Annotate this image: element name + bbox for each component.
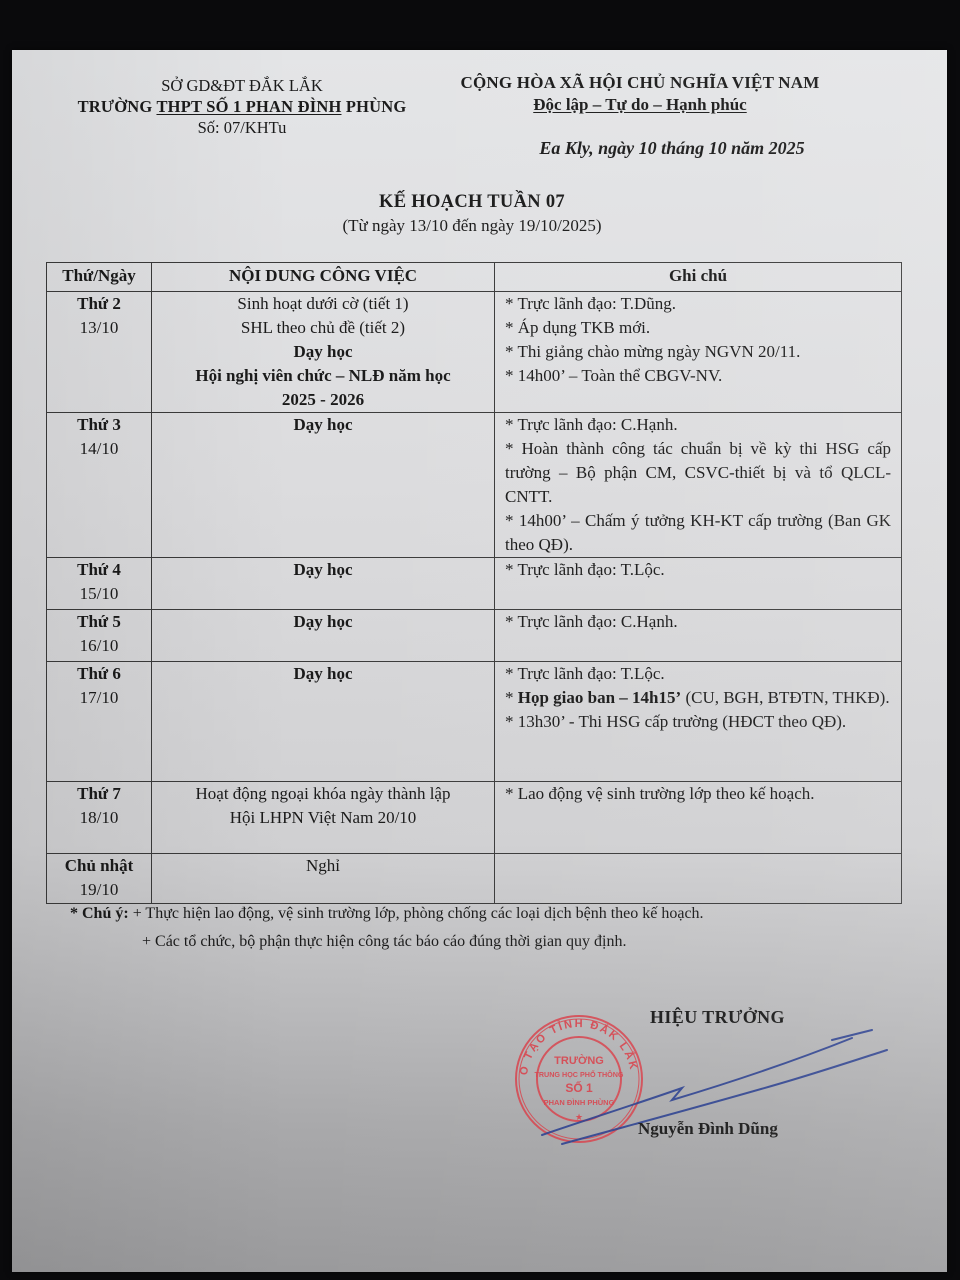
day-date: 15/10 — [49, 582, 149, 606]
content-line: Dạy học — [160, 610, 486, 634]
notes-cell: * Trực lãnh đạo: T.Lộc.* Họp giao ban – … — [495, 662, 902, 782]
content-cell: Dạy học — [152, 662, 495, 782]
day-date: 16/10 — [49, 634, 149, 658]
content-cell: Nghỉ — [152, 854, 495, 904]
footnote-line-2: + Các tổ chức, bộ phận thực hiện công tá… — [70, 930, 870, 954]
content-line: Dạy học — [160, 558, 486, 582]
document-number: Số: 07/KHTu — [52, 117, 432, 138]
footnote-line-1: + Thực hiện lao động, vệ sinh trường lớp… — [129, 905, 704, 922]
notes-cell: * Trực lãnh đạo: T.Dũng.* Áp dụng TKB mớ… — [495, 292, 902, 413]
note-line: * 14h00’ – Toàn thể CBGV-NV. — [505, 364, 891, 388]
school-name: TRƯỜNG THPT SỐ 1 PHAN ĐÌNH PHÙNG — [52, 96, 432, 117]
day-name: Thứ 4 — [49, 558, 149, 582]
note-line: * Trực lãnh đạo: C.Hạnh. — [505, 610, 891, 634]
notes-cell: * Trực lãnh đạo: T.Lộc. — [495, 558, 902, 610]
note-line: * Lao động vệ sinh trường lớp theo kế ho… — [505, 782, 891, 806]
table-row: Thứ 314/10Dạy học* Trực lãnh đạo: C.Hạnh… — [47, 413, 902, 558]
day-name: Thứ 3 — [49, 413, 149, 437]
column-header-day: Thứ/Ngày — [47, 263, 152, 292]
issuer-header: SỞ GD&ĐT ĐẮK LẮK TRƯỜNG THPT SỐ 1 PHAN Đ… — [52, 75, 432, 138]
day-date: 13/10 — [49, 316, 149, 340]
note-line: * Hoàn thành công tác chuẩn bị về kỳ thi… — [505, 437, 891, 509]
content-cell: Hoạt động ngoại khóa ngày thành lậpHội L… — [152, 782, 495, 854]
notes-cell: * Lao động vệ sinh trường lớp theo kế ho… — [495, 782, 902, 854]
national-motto: Độc lập – Tự do – Hạnh phúc — [430, 94, 850, 116]
day-cell: Thứ 516/10 — [47, 610, 152, 662]
content-line: 2025 - 2026 — [160, 388, 486, 412]
content-line: SHL theo chủ đề (tiết 2) — [160, 316, 486, 340]
place-date: Ea Kly, ngày 10 tháng 10 năm 2025 — [482, 138, 862, 159]
content-line: Hội LHPN Việt Nam 20/10 — [160, 806, 486, 830]
content-cell: Dạy học — [152, 610, 495, 662]
column-header-content: NỘI DUNG CÔNG VIỆC — [152, 263, 495, 292]
footnote-label: * Chú ý: — [70, 905, 129, 922]
content-cell: Dạy học — [152, 558, 495, 610]
table-row: Thứ 617/10Dạy học* Trực lãnh đạo: T.Lộc.… — [47, 662, 902, 782]
day-cell: Thứ 718/10 — [47, 782, 152, 854]
content-line: Hội nghị viên chức – NLĐ năm học — [160, 364, 486, 388]
content-line: Dạy học — [160, 413, 486, 437]
footnote: * Chú ý: + Thực hiện lao động, vệ sinh t… — [70, 902, 870, 954]
content-line: Nghỉ — [160, 854, 486, 878]
day-cell: Chủ nhật19/10 — [47, 854, 152, 904]
content-line: Hoạt động ngoại khóa ngày thành lập — [160, 782, 486, 806]
national-header: CỘNG HÒA XÃ HỘI CHỦ NGHĨA VIỆT NAM Độc l… — [430, 72, 850, 116]
nation-title: CỘNG HÒA XÃ HỘI CHỦ NGHĨA VIỆT NAM — [430, 72, 850, 94]
table-row: Thứ 516/10Dạy học* Trực lãnh đạo: C.Hạnh… — [47, 610, 902, 662]
table-body: Thứ 213/10Sinh hoạt dưới cờ (tiết 1)SHL … — [47, 292, 902, 904]
note-line: * Áp dụng TKB mới. — [505, 316, 891, 340]
table-header-row: Thứ/Ngày NỘI DUNG CÔNG VIỆC Ghi chú — [47, 263, 902, 292]
day-date: 18/10 — [49, 806, 149, 830]
note-line: * Thi giảng chào mừng ngày NGVN 20/11. — [505, 340, 891, 364]
note-line: * 14h00’ – Chấm ý tưởng KH-KT cấp trường… — [505, 509, 891, 557]
content-line: Dạy học — [160, 340, 486, 364]
day-name: Thứ 6 — [49, 662, 149, 686]
day-cell: Thứ 617/10 — [47, 662, 152, 782]
table-row: Thứ 718/10Hoạt động ngoại khóa ngày thàn… — [47, 782, 902, 854]
notes-cell: * Trực lãnh đạo: C.Hạnh. — [495, 610, 902, 662]
notes-cell — [495, 854, 902, 904]
note-line: * Họp giao ban – 14h15’ (CU, BGH, BTĐTN,… — [505, 686, 891, 710]
department-name: SỞ GD&ĐT ĐẮK LẮK — [52, 75, 432, 96]
column-header-notes: Ghi chú — [495, 263, 902, 292]
note-line: * Trực lãnh đạo: T.Lộc. — [505, 662, 891, 686]
day-cell: Thứ 213/10 — [47, 292, 152, 413]
note-line: * Trực lãnh đạo: T.Dũng. — [505, 292, 891, 316]
day-date: 14/10 — [49, 437, 149, 461]
weekly-plan-table: Thứ/Ngày NỘI DUNG CÔNG VIỆC Ghi chú Thứ … — [46, 262, 902, 904]
day-date: 19/10 — [49, 878, 149, 902]
day-date: 17/10 — [49, 686, 149, 710]
content-cell: Sinh hoạt dưới cờ (tiết 1)SHL theo chủ đ… — [152, 292, 495, 413]
day-name: Chủ nhật — [49, 854, 149, 878]
table-row: Chủ nhật19/10Nghỉ — [47, 854, 902, 904]
plan-date-range: (Từ ngày 13/10 đến ngày 19/10/2025) — [212, 216, 732, 236]
table-row: Thứ 415/10Dạy học* Trực lãnh đạo: T.Lộc. — [47, 558, 902, 610]
table-row: Thứ 213/10Sinh hoạt dưới cờ (tiết 1)SHL … — [47, 292, 902, 413]
content-cell: Dạy học — [152, 413, 495, 558]
document-paper: SỞ GD&ĐT ĐẮK LẮK TRƯỜNG THPT SỐ 1 PHAN Đ… — [12, 50, 947, 1272]
signatory-name: Nguyễn Đình Dũng — [638, 1119, 778, 1139]
plan-title: KẾ HOẠCH TUẦN 07 — [212, 192, 732, 213]
day-cell: Thứ 314/10 — [47, 413, 152, 558]
content-line: Sinh hoạt dưới cờ (tiết 1) — [160, 292, 486, 316]
day-cell: Thứ 415/10 — [47, 558, 152, 610]
day-name: Thứ 2 — [49, 292, 149, 316]
note-line: * Trực lãnh đạo: C.Hạnh. — [505, 413, 891, 437]
notes-cell: * Trực lãnh đạo: C.Hạnh.* Hoàn thành côn… — [495, 413, 902, 558]
content-line: Dạy học — [160, 662, 486, 686]
day-name: Thứ 7 — [49, 782, 149, 806]
day-name: Thứ 5 — [49, 610, 149, 634]
note-line: * Trực lãnh đạo: T.Lộc. — [505, 558, 891, 582]
note-line: * 13h30’ - Thi HSG cấp trường (HĐCT theo… — [505, 710, 891, 734]
